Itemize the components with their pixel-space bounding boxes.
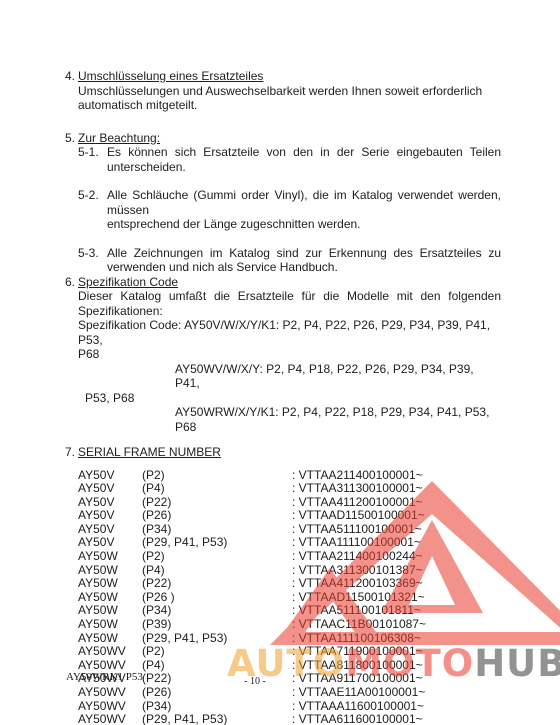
code-cell: (P29, P41, P53) bbox=[142, 713, 292, 725]
section-heading: Umschlüsselung eines Ersatzteiles bbox=[78, 69, 263, 83]
table-row: AY50V(P26): VTTAAD11500100001~ bbox=[78, 509, 501, 523]
footer-doc-code: AY50WRK1 P53 bbox=[66, 671, 143, 683]
section-number: 7. bbox=[65, 445, 78, 460]
serial-cell: : VTTAA611600100001~ bbox=[292, 713, 501, 725]
serial-cell: : VTTAA311300100001~ bbox=[292, 482, 501, 496]
section-4: 4.Umschlüsselung eines Ersatzteiles Umsc… bbox=[65, 69, 501, 113]
model-cell: AY50WV bbox=[78, 645, 142, 659]
serial-cell: : VTTAA211400100001~ bbox=[292, 469, 501, 483]
table-row: AY50V(P22): VTTAA411200100001~ bbox=[78, 496, 501, 510]
table-row: AY50WV(P26): VTTAAE11A00100001~ bbox=[78, 686, 501, 700]
table-row: AY50V(P4): VTTAA311300100001~ bbox=[78, 482, 501, 496]
model-cell: AY50V bbox=[78, 496, 142, 510]
spec-line: AY50WV/W/X/Y: P2, P4, P18, P22, P26, P29… bbox=[175, 362, 501, 391]
section-6-heading-row: 6.Spezifikation Code bbox=[65, 275, 501, 290]
section-6-body: Dieser Katalog umfaßt die Ersatzteile fü… bbox=[78, 289, 501, 434]
model-cell: AY50W bbox=[78, 550, 142, 564]
code-cell: (P2) bbox=[142, 550, 292, 564]
spec-line: P68 bbox=[78, 347, 501, 362]
code-cell: (P4) bbox=[142, 482, 292, 496]
table-row: AY50W(P22): VTTAA411200103369~ bbox=[78, 577, 501, 591]
section-5-items: 5-1. Es können sich Ersatzteile von den … bbox=[78, 145, 501, 275]
model-cell: AY50V bbox=[78, 469, 142, 483]
model-cell: AY50WV bbox=[78, 700, 142, 714]
model-cell: AY50V bbox=[78, 523, 142, 537]
spec-line: Spezifikation Code: AY50V/W/X/Y/K1: P2, … bbox=[78, 318, 501, 347]
paragraph-line: Dieser Katalog umfaßt die Ersatzteile fü… bbox=[78, 289, 501, 304]
serial-cell: : VTTAA911700100001~ bbox=[292, 672, 501, 686]
serial-cell: : VTTAA511100100001~ bbox=[292, 523, 501, 537]
table-row: AY50W(P26 ): VTTAAD11500101321~ bbox=[78, 591, 501, 605]
code-cell: (P39) bbox=[142, 618, 292, 632]
table-row: AY50W(P29, P41, P53): VTTAA111100106308~ bbox=[78, 632, 501, 646]
code-cell: (P4) bbox=[142, 659, 292, 673]
model-cell: AY50V bbox=[78, 509, 142, 523]
model-cell: AY50WV bbox=[78, 686, 142, 700]
table-row: AY50V(P29, P41, P53): VTTAA111100100001~ bbox=[78, 536, 501, 550]
table-row: AY50V(P2): VTTAA211400100001~ bbox=[78, 469, 501, 483]
serial-cell: : VTTAAD11500100001~ bbox=[292, 509, 501, 523]
section-4-heading-row: 4.Umschlüsselung eines Ersatzteiles bbox=[65, 69, 501, 84]
serial-cell: : VTTAAE11A00100001~ bbox=[292, 686, 501, 700]
section-5-heading-row: 5.Zur Beachtung: bbox=[65, 131, 501, 146]
list-item-text: Es können sich Ersatzteile von den in de… bbox=[107, 145, 501, 174]
table-row: AY50W(P34): VTTAA511100101811~ bbox=[78, 604, 501, 618]
serial-cell: : VTTAAA11600100001~ bbox=[292, 700, 501, 714]
serial-cell: : VTTAA111100100001~ bbox=[292, 536, 501, 550]
list-item: 5-1. Es können sich Ersatzteile von den … bbox=[78, 145, 501, 174]
section-7: 7.SERIAL FRAME NUMBER AY50V(P2): VTTAA21… bbox=[65, 445, 501, 725]
paragraph-line: Umschlüsselungen und Auswechselbarkeit w… bbox=[78, 84, 501, 99]
paragraph-line: entsprechend der Länge zugeschnitten wer… bbox=[107, 217, 501, 232]
model-cell: AY50W bbox=[78, 564, 142, 578]
serial-cell: : VTTAA711900100001~ bbox=[292, 645, 501, 659]
paragraph: Umschlüsselungen und Auswechselbarkeit w… bbox=[78, 84, 501, 113]
model-cell: AY50V bbox=[78, 482, 142, 496]
model-cell: AY50W bbox=[78, 591, 142, 605]
paragraph-line: Alle Zeichnungen im Katalog sind zur Erk… bbox=[107, 246, 501, 261]
serial-table: AY50V(P2): VTTAA211400100001~AY50V(P4): … bbox=[78, 469, 501, 725]
model-cell: AY50W bbox=[78, 604, 142, 618]
list-item-label: 5-3. bbox=[78, 246, 107, 275]
serial-cell: : VTTAAD11500101321~ bbox=[292, 591, 501, 605]
code-cell: (P2) bbox=[142, 469, 292, 483]
code-cell: (P34) bbox=[142, 523, 292, 537]
list-item-text: Alle Zeichnungen im Katalog sind zur Erk… bbox=[107, 246, 501, 275]
code-cell: (P29, P41, P53) bbox=[142, 632, 292, 646]
code-cell: (P34) bbox=[142, 604, 292, 618]
serial-cell: : VTTAA411200100001~ bbox=[292, 496, 501, 510]
section-heading: Spezifikation Code bbox=[78, 275, 178, 289]
model-cell: AY50W bbox=[78, 632, 142, 646]
table-row: AY50WV(P29, P41, P53): VTTAA611600100001… bbox=[78, 713, 501, 725]
paragraph-line: Es können sich Ersatzteile von den in de… bbox=[107, 145, 501, 160]
section-5: 5.Zur Beachtung: 5-1. Es können sich Ers… bbox=[65, 131, 501, 275]
paragraph-line: Spezifikationen: bbox=[78, 304, 501, 319]
section-heading: Zur Beachtung: bbox=[78, 131, 160, 145]
table-row: AY50WV(P2): VTTAA711900100001~ bbox=[78, 645, 501, 659]
model-cell: AY50WV bbox=[78, 713, 142, 725]
table-row: AY50W(P39): VTTAAC11B00101087~ bbox=[78, 618, 501, 632]
document-content: 4.Umschlüsselung eines Ersatzteiles Umsc… bbox=[65, 69, 501, 725]
section-number: 4. bbox=[65, 69, 78, 84]
spec-line: AY50WRW/X/Y/K1: P2, P4, P22, P18, P29, P… bbox=[175, 405, 501, 434]
model-cell: AY50W bbox=[78, 577, 142, 591]
paragraph-line: automatisch mitgeteilt. bbox=[78, 98, 501, 113]
section-6: 6.Spezifikation Code Dieser Katalog umfa… bbox=[65, 275, 501, 435]
list-item-label: 5-1. bbox=[78, 145, 107, 174]
footer-page-number: - 10 - bbox=[230, 676, 280, 687]
paragraph-line: verwenden und nich als Service Handbuch. bbox=[107, 260, 501, 275]
model-cell: AY50W bbox=[78, 618, 142, 632]
serial-cell: : VTTAA211400100244~ bbox=[292, 550, 501, 564]
section-number: 6. bbox=[65, 275, 78, 290]
list-item-text: Alle Schläuche (Gummi order Vinyl), die … bbox=[107, 188, 501, 232]
serial-cell: : VTTAA511100101811~ bbox=[292, 604, 501, 618]
code-cell: (P26 ) bbox=[142, 591, 292, 605]
paragraph-line: unterscheiden. bbox=[107, 160, 501, 175]
list-item-label: 5-2. bbox=[78, 188, 107, 232]
table-row: AY50V(P34): VTTAA511100100001~ bbox=[78, 523, 501, 537]
serial-cell: : VTTAAC11B00101087~ bbox=[292, 618, 501, 632]
paragraph-line: Alle Schläuche (Gummi order Vinyl), die … bbox=[107, 188, 501, 217]
code-cell: (P4) bbox=[142, 564, 292, 578]
page: 4.Umschlüsselung eines Ersatzteiles Umsc… bbox=[0, 0, 560, 725]
code-cell: (P2) bbox=[142, 645, 292, 659]
spec-line: P53, P68 bbox=[85, 391, 501, 406]
code-cell: (P22) bbox=[142, 496, 292, 510]
serial-cell: : VTTAA411200103369~ bbox=[292, 577, 501, 591]
table-row: AY50W(P4): VTTAA311300101387~ bbox=[78, 564, 501, 578]
serial-cell: : VTTAA111100106308~ bbox=[292, 632, 501, 646]
code-cell: (P22) bbox=[142, 577, 292, 591]
list-item: 5-2. Alle Schläuche (Gummi order Vinyl),… bbox=[78, 188, 501, 232]
code-cell: (P26) bbox=[142, 509, 292, 523]
code-cell: (P29, P41, P53) bbox=[142, 536, 292, 550]
code-cell: (P34) bbox=[142, 700, 292, 714]
list-item: 5-3. Alle Zeichnungen im Katalog sind zu… bbox=[78, 246, 501, 275]
model-cell: AY50V bbox=[78, 536, 142, 550]
table-row: AY50W(P2): VTTAA211400100244~ bbox=[78, 550, 501, 564]
section-heading: SERIAL FRAME NUMBER bbox=[78, 445, 221, 459]
serial-cell: : VTTAA811800100001~ bbox=[292, 659, 501, 673]
section-number: 5. bbox=[65, 131, 78, 146]
serial-cell: : VTTAA311300101387~ bbox=[292, 564, 501, 578]
section-7-heading-row: 7.SERIAL FRAME NUMBER bbox=[65, 445, 501, 460]
table-row: AY50WV(P34): VTTAAA11600100001~ bbox=[78, 700, 501, 714]
code-cell: (P26) bbox=[142, 686, 292, 700]
